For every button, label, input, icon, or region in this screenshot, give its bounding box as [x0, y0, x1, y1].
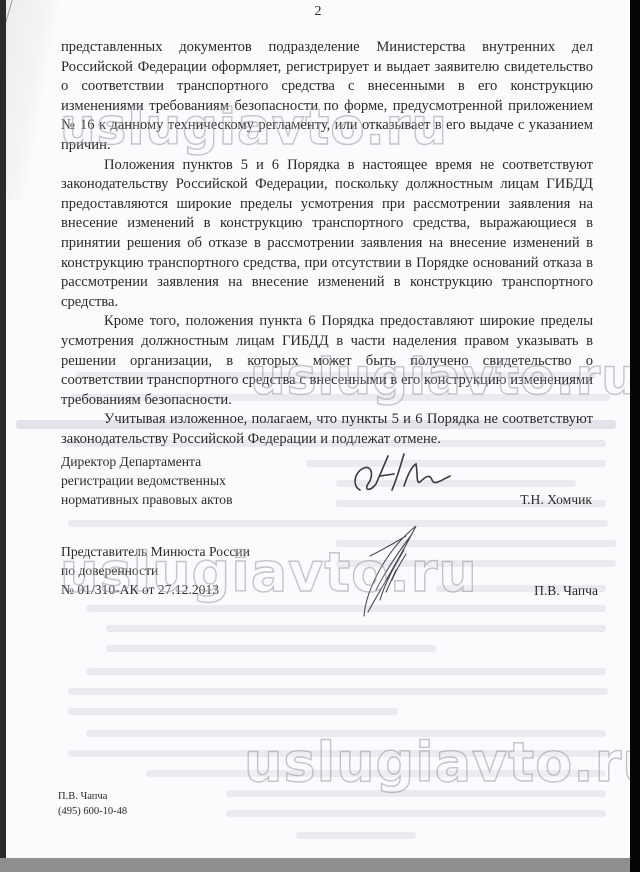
- executor-info: П.В. Чапча (495) 600-10-48: [58, 789, 127, 819]
- signatory-2-title: Представитель Минюста России по доверенн…: [61, 542, 321, 599]
- page-number: 2: [6, 4, 630, 20]
- document-page: 2 представленных документов подразделени…: [6, 0, 630, 858]
- paragraph-point-6: Кроме того, положения пункта 6 Порядка п…: [61, 312, 593, 410]
- executor-name: П.В. Чапча: [58, 789, 127, 804]
- executor-phone: (495) 600-10-48: [58, 804, 127, 819]
- paper-fold: [6, 0, 66, 200]
- paragraph-points-5-6: Положения пунктов 5 и 6 Порядка в настоя…: [61, 156, 593, 313]
- paragraph-conclusion: Учитывая изложенное, полагаем, что пункт…: [61, 410, 593, 449]
- signatory-2-name: П.В. Чапча: [534, 581, 598, 600]
- signature-1-icon: [346, 446, 466, 502]
- paragraph-continuation: представленных документов подразделение …: [61, 38, 593, 156]
- scan-bottom-edge: [0, 858, 630, 872]
- signatory-1-title: Директор Департамента регистрации ведомс…: [61, 452, 321, 509]
- signature-2-icon: [356, 520, 426, 620]
- scan-right-edge: [630, 0, 640, 872]
- document-body: представленных документов подразделение …: [61, 38, 593, 449]
- watermark: uslugiavto.ru: [244, 736, 630, 790]
- signatory-1-name: Т.Н. Хомчик: [520, 490, 592, 509]
